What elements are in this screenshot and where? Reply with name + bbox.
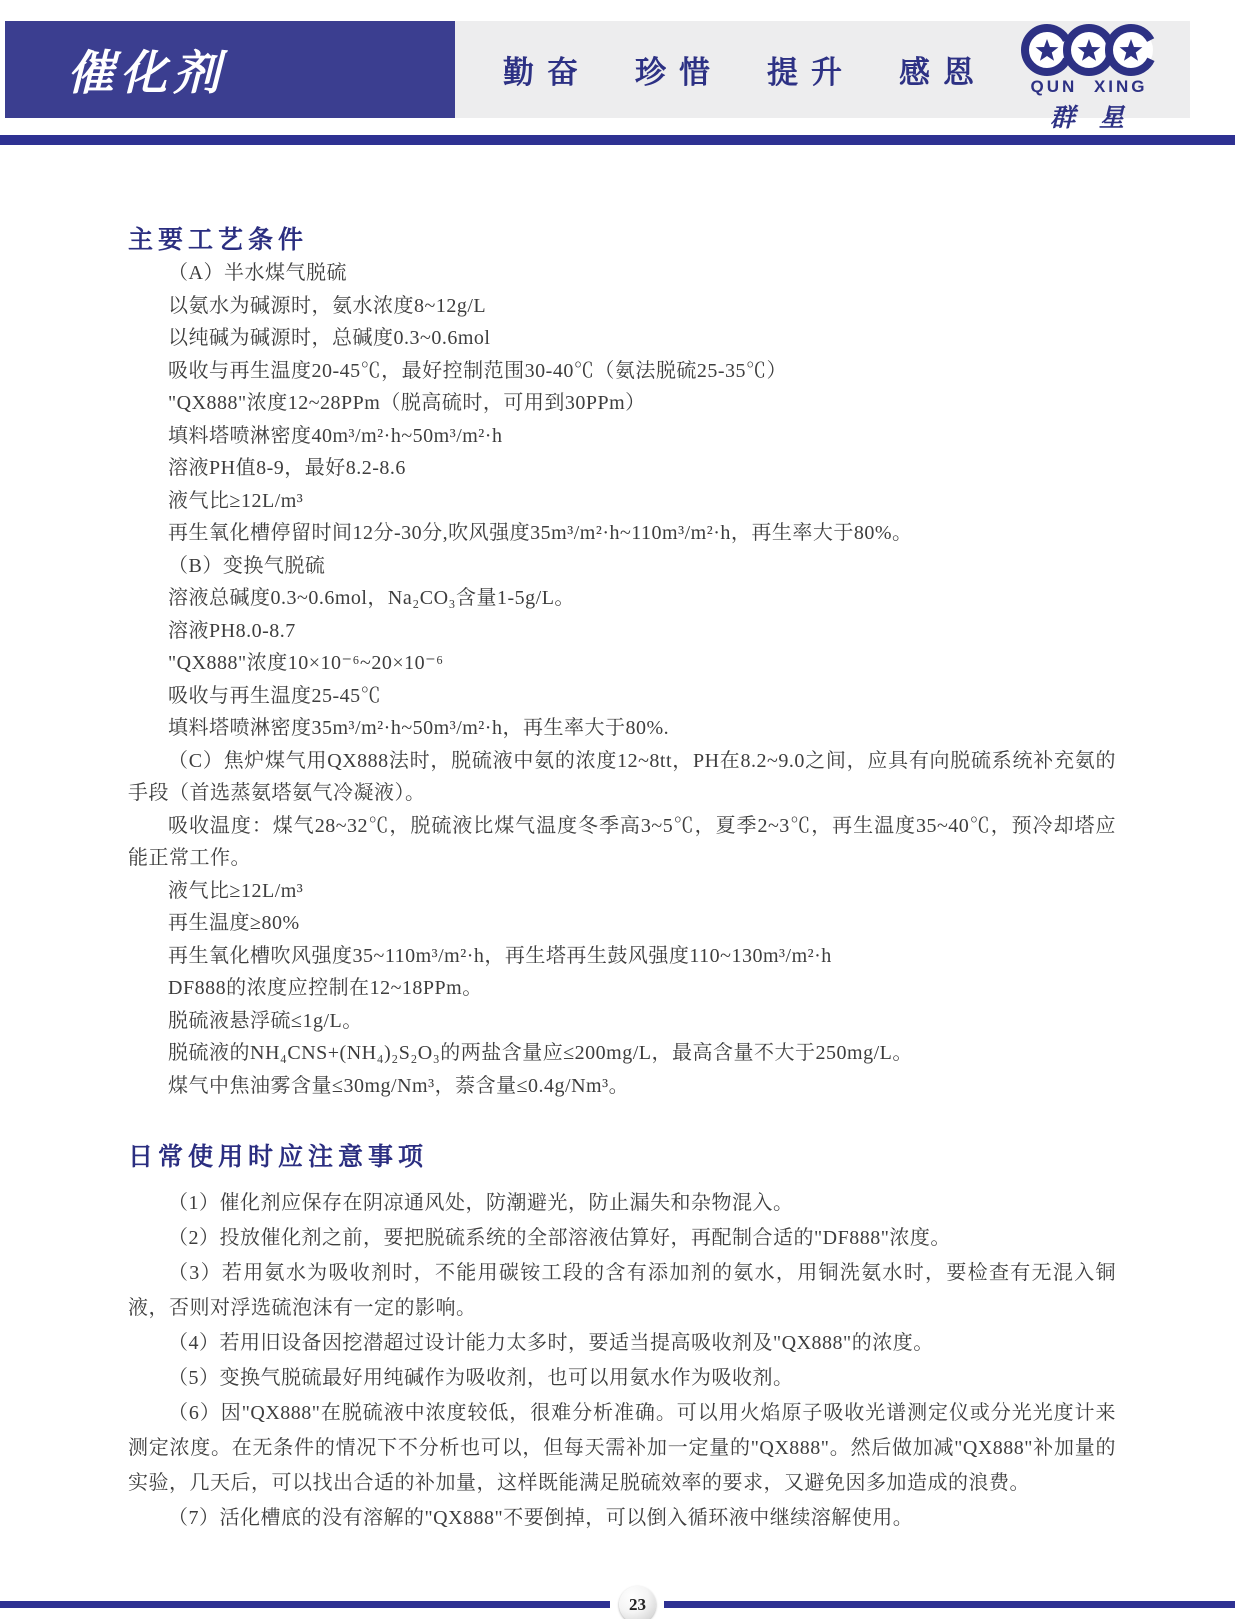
paragraph-line: （7）活化槽底的没有溶解的"QX888"不要倒掉，可以倒入循环液中继续溶解使用。 — [128, 1501, 1116, 1536]
paragraph-line: 吸收温度：煤气28~32℃，脱硫液比煤气温度冬季高3~5℃，夏季2~3℃，再生温… — [128, 810, 1116, 875]
process-lines: （A）半水煤气脱硫以氨水为碱源时，氨水浓度8~12g/L以纯碱为碱源时，总碱度0… — [128, 257, 1116, 1102]
paragraph-line: 再生氧化槽停留时间12分-30分,吹风强度35m³/m²·h~110m³/m²·… — [128, 517, 1116, 550]
logo-latin: QUN XING — [1014, 77, 1164, 97]
footer-rule-right — [664, 1601, 1235, 1608]
paragraph-line: 溶液总碱度0.3~0.6mol，Na₂CO₃含量1-5g/L。 — [128, 582, 1116, 615]
paragraph-line: 填料塔喷淋密度35m³/m²·h~50m³/m²·h，再生率大于80%. — [128, 712, 1116, 745]
slogan-word-1: 勤奋 — [503, 47, 591, 92]
paragraph-line: 吸收与再生温度25-45℃ — [128, 680, 1116, 713]
page-number-badge: 23 — [619, 1586, 656, 1619]
paragraph-line: （6）因"QX888"在脱硫液中浓度较低，很难分析准确。可以用火焰原子吸收光谱测… — [128, 1396, 1116, 1501]
paragraph-line: "QX888"浓度10×10⁻⁶~20×10⁻⁶ — [128, 647, 1116, 680]
paragraph-line: 溶液PH8.0-8.7 — [128, 615, 1116, 648]
paragraph-line: 脱硫液的NH₄CNS+(NH₄)₂S₂O₃的两盐含量应≤200mg/L，最高含量… — [128, 1037, 1116, 1070]
paragraph-line: （5）变换气脱硫最好用纯碱作为吸收剂，也可以用氨水作为吸收剂。 — [128, 1361, 1116, 1396]
banner-slogan-box: 勤奋 珍惜 提升 感恩 QUN XING 群星 — [455, 21, 1190, 118]
slogan-word-2: 珍惜 — [635, 47, 723, 92]
paragraph-line: （C）焦炉煤气用QX888法时，脱硫液中氨的浓度12~8tt，PH在8.2~9.… — [128, 745, 1116, 810]
paragraph-line: 煤气中焦油雾含量≤30mg/Nm³，萘含量≤0.4g/Nm³。 — [128, 1070, 1116, 1103]
paragraph-line: （2）投放催化剂之前，要把脱硫系统的全部溶液估算好，再配制合适的"DF888"浓… — [128, 1221, 1116, 1256]
paragraph-line: 吸收与再生温度20-45℃，最好控制范围30-40℃（氨法脱硫25-35℃） — [128, 355, 1116, 388]
page-number: 23 — [629, 1595, 646, 1615]
paragraph-line: 液气比≥12L/m³ — [128, 485, 1116, 518]
slogan-word-4: 感恩 — [899, 47, 987, 92]
slogan-word-3: 提升 — [767, 47, 855, 92]
paragraph-line: （4）若用旧设备因挖潜超过设计能力太多时，要适当提高吸收剂及"QX888"的浓度… — [128, 1326, 1116, 1361]
qunxing-logo: QUN XING 群星 — [1014, 23, 1164, 134]
section-usage-notes: 日常使用时应注意事项 （1）催化剂应保存在阴凉通风处，防潮避光，防止漏失和杂物混… — [128, 1142, 1116, 1536]
usage-lines: （1）催化剂应保存在阴凉通风处，防潮避光，防止漏失和杂物混入。（2）投放催化剂之… — [128, 1186, 1116, 1536]
paragraph-line: "QX888"浓度12~28PPm（脱高硫时，可用到30PPm） — [128, 387, 1116, 420]
paragraph-line: DF888的浓度应控制在12~18PPm。 — [128, 972, 1116, 1005]
banner-title: 催化剂 — [5, 36, 226, 103]
section-process-conditions: 主要工艺条件 （A）半水煤气脱硫以氨水为碱源时，氨水浓度8~12g/L以纯碱为碱… — [128, 225, 1116, 1102]
paragraph-line: （B）变换气脱硫 — [128, 550, 1116, 583]
paragraph-line: （1）催化剂应保存在阴凉通风处，防潮避光，防止漏失和杂物混入。 — [128, 1186, 1116, 1221]
footer-rule-left — [0, 1601, 610, 1608]
paragraph-line: 以纯碱为碱源时，总碱度0.3~0.6mol — [128, 322, 1116, 355]
header-rule — [0, 135, 1235, 145]
process-heading: 主要工艺条件 — [128, 225, 1116, 255]
usage-heading: 日常使用时应注意事项 — [128, 1142, 1116, 1172]
paragraph-line: 溶液PH值8-9，最好8.2-8.6 — [128, 452, 1116, 485]
paragraph-line: 填料塔喷淋密度40m³/m²·h~50m³/m²·h — [128, 420, 1116, 453]
paragraph-line: 脱硫液悬浮硫≤1g/L。 — [128, 1005, 1116, 1038]
document-page: 催化剂 勤奋 珍惜 提升 感恩 QUN XING — [0, 0, 1235, 1619]
paragraph-line: （3）若用氨水为吸收剂时，不能用碳铵工段的含有添加剂的氨水，用铜洗氨水时，要检查… — [128, 1256, 1116, 1326]
paragraph-line: 以氨水为碱源时，氨水浓度8~12g/L — [128, 290, 1116, 323]
paragraph-line: 液气比≥12L/m³ — [128, 875, 1116, 908]
paragraph-line: （A）半水煤气脱硫 — [128, 257, 1116, 290]
paragraph-line: 再生氧化槽吹风强度35~110m³/m²·h，再生塔再生鼓风强度110~130m… — [128, 940, 1116, 973]
slogan: 勤奋 珍惜 提升 感恩 — [503, 21, 987, 118]
qunxing-rings-icon — [1014, 23, 1164, 79]
logo-hanzi: 群星 — [1014, 98, 1164, 134]
banner-title-box: 催化剂 — [5, 21, 455, 118]
paragraph-line: 再生温度≥80% — [128, 907, 1116, 940]
